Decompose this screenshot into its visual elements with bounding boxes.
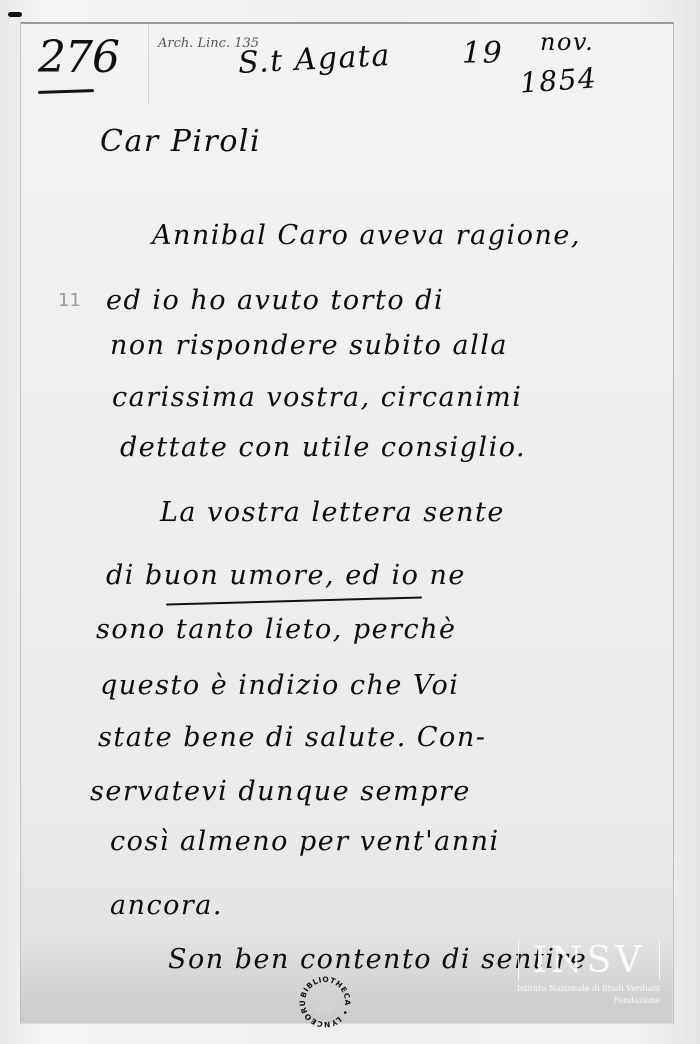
salutation: Car Piroli: [100, 124, 261, 159]
ink-blot-mark: [8, 12, 22, 17]
watermark-letters: INSV: [518, 940, 660, 980]
body-line-8: sono tanto lieto, perchè: [96, 614, 457, 645]
letter-year: 1854: [519, 61, 598, 99]
insv-watermark: INSV Istituto Nazionale di Studi Verdian…: [510, 940, 660, 1006]
watermark-institute: Istituto Nazionale di Studi Verdiani: [510, 984, 660, 993]
library-stamp-icon: BIBLIOTHECA • LYNCEORUM: [296, 973, 354, 1031]
body-line-6: La vostra lettera sente: [160, 497, 505, 528]
watermark-foundation: Fondazione: [510, 996, 660, 1005]
body-line-4: carissima vostra, circanimi: [112, 382, 522, 413]
body-line-11: servatevi dunque sempre: [90, 776, 471, 807]
margin-rule: [148, 24, 149, 104]
body-line-1: Annibal Caro aveva ragione,: [152, 220, 581, 251]
body-line-10: state bene di salute. Con-: [98, 722, 486, 753]
body-line-12: così almeno per vent'anni: [110, 826, 500, 857]
letter-month: nov.: [540, 28, 594, 56]
margin-pencil-mark: 11: [58, 290, 81, 311]
body-line-2: ed io ho avuto torto di: [106, 285, 444, 316]
body-line-9: questo è indizio che Voi: [100, 670, 459, 701]
body-line-7: di buon umore, ed io ne: [106, 560, 466, 591]
folio-number: 276: [38, 32, 119, 83]
letter-day: 19: [462, 36, 503, 71]
body-line-3: non rispondere subito alla: [110, 330, 508, 361]
body-line-5: dettate con utile consiglio.: [120, 432, 526, 463]
body-line-13: ancora.: [110, 890, 223, 921]
